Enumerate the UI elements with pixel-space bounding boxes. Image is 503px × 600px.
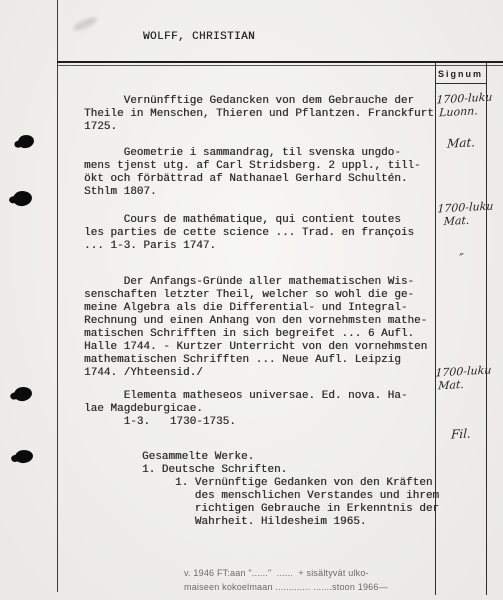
punch-hole [17,133,35,149]
signum-handwritten-note: 1700-luku Mat. [434,363,491,392]
signum-ditto-mark: ″ [459,252,464,265]
punch-hole [14,449,33,464]
bibliography-entry: Gesammelte Werke. 1. Deutsche Schriften.… [142,451,439,529]
signum-header-underline [435,83,486,84]
signum-handwritten-note: Mat. [447,136,476,151]
catalog-card-scan: WOLFF, CHRISTIAN Signum Vernünfftige Ged… [0,0,503,600]
bibliography-entry: Geometrie i sammandrag, til svenska ungd… [84,147,421,199]
scan-smudge [72,15,99,33]
signum-handwritten-note: 1700-luku Luonn. [435,90,492,119]
signum-handwritten-note: Fil. [451,427,471,441]
faded-footer-note: v. 1946 FT:aan "......" ...... + sisälty… [184,567,414,594]
header-divider-thin [57,65,503,66]
left-margin-rule [57,0,58,592]
signum-column-header: Signum [435,69,486,79]
header-divider-thick [57,61,503,63]
bibliography-entry: Vernünfftige Gedancken von dem Gebrauche… [84,95,434,134]
signum-column-right-rule [486,63,487,595]
bibliography-entry: Elementa matheseos universae. Ed. nova. … [84,390,407,429]
punch-hole [12,190,33,207]
bibliography-entry: Der Anfangs-Gründe aller mathematischen … [84,276,427,380]
signum-handwritten-note: 1700-luku Mat. [436,199,493,228]
punch-hole [13,386,33,403]
page-title: WOLFF, CHRISTIAN [143,31,255,43]
bibliography-entry: Cours de mathématique, qui contient tout… [84,214,414,253]
